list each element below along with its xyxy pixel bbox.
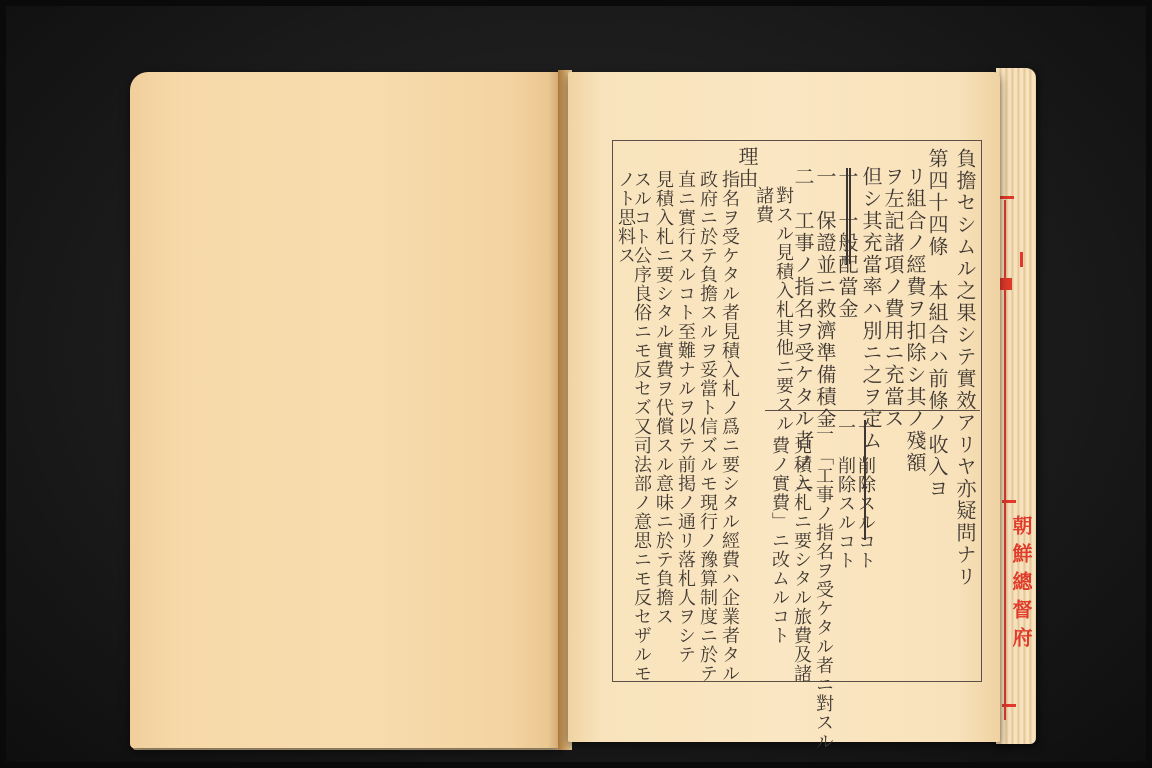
amendment-4: 費ノ實費」ニ改ムルコト: [768, 436, 790, 645]
text-column-9: 對スル見積入札其他ニ要スル: [772, 186, 794, 433]
reason-line-6: ノト思料ス: [614, 170, 636, 265]
edge-red-tick-top: [1000, 196, 1014, 199]
edge-red-tick-mid: [1002, 500, 1016, 503]
strikethrough-line-1b: [849, 168, 851, 264]
edge-red-block: [1000, 278, 1012, 290]
left-page-blank: [130, 72, 562, 748]
reason-line-1: 指名ヲ受ケタル者見積入札ノ爲ニ要シタル經費ハ企業者タル: [718, 170, 740, 683]
text-column-2: 第四十四條 本組合ハ前條ノ收入ヨ: [926, 148, 948, 500]
reason-line-2: 政府ニ於テ負擔スルヲ妥當ト信ズルモ現行ノ豫算制度ニ於テ: [696, 170, 718, 683]
reason-line-3: 直ニ實行スルコト至難ナルヲ以テ前掲ノ通リ落札人ヲシテ: [674, 170, 696, 664]
edge-red-tick-bottom: [1002, 704, 1016, 707]
text-column-4: ヲ左記諸項ノ費用ニ充當ス: [882, 166, 904, 430]
strikethrough-line-1: [846, 168, 848, 264]
amendment-3: 見積入札ニ要シタル旅費及諸: [790, 436, 812, 683]
edge-red-mark-2: [1020, 252, 1023, 262]
text-column-10: 諸費: [752, 186, 774, 224]
text-column-1: 負擔セシムル之果シテ實效アリヤ亦疑問ナリ: [954, 148, 976, 588]
amendment-2: 二 「工事ノ指名ヲ受ケタル者ニ對スル: [812, 418, 834, 751]
reason-line-4: 見積入札ニ要シタル實費ヲ代償スル意味ニ於テ負擔ス: [652, 170, 674, 626]
edge-stamp-text: 朝鮮總督府: [1006, 515, 1036, 655]
amendment-1: 一 削除スルコト: [834, 418, 856, 570]
text-column-7: 一 保證並ニ救濟準備積金: [814, 166, 836, 430]
text-column-3: リ組合ノ經費ヲ扣除シ其ノ殘額: [904, 166, 926, 474]
text-column-5: 但シ其充當率ハ別ニ之ヲ定ム: [860, 166, 882, 452]
strikethrough-line-2: [864, 420, 866, 540]
